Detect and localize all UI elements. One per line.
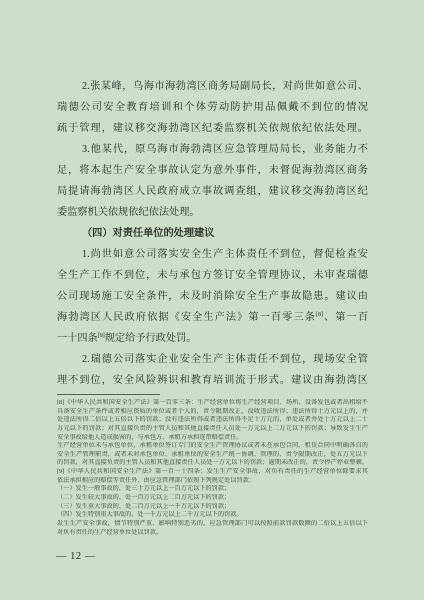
text-line: 安全事故给他人造成损害的，与承包方、承租方承担连带赔偿责任。 bbox=[57, 434, 368, 443]
footnote-ref: [8] bbox=[316, 312, 323, 318]
body-text-block: 2.张某峰，乌海市海勃湾区商务局副局长，对尚世如意公司、瑞德公司安全教育培训和个… bbox=[57, 76, 368, 391]
text-line: 瑞德公司安全教育培训和个体劳动防护用品佩戴不到位的情况 bbox=[57, 97, 368, 118]
text-line: （一）发生一般事故的，处三十万元以上一百万元以下的罚款； bbox=[57, 485, 368, 494]
text-line: 依法承担相应的赔偿等责任外，由应急管理部门依照下列规定处以罚款： bbox=[57, 477, 368, 486]
text-line: 1.尚世如意公司落实安全生产主体责任不到位，督促检查安 bbox=[57, 244, 368, 265]
text-line: 局提请海勃湾区人民政府成立事故调查组，建议移交海勃湾区纪 bbox=[57, 181, 368, 202]
section-heading-line: （四）对责任单位的处理建议 bbox=[57, 223, 368, 244]
text-line: 发生生产安全事故，情节特别严重、影响特别恶劣的，应急管理部门可以按照前款罚款数额… bbox=[57, 520, 368, 529]
text-line: 海勃湾区人民政府依据《安全生产法》第一百零三条[8]、第一百 bbox=[57, 307, 368, 328]
text-segment: 、第一百 bbox=[323, 312, 368, 323]
text-segment: 一十四条 bbox=[57, 333, 98, 344]
text-line: （三）发生重大事故的，处二百万元以上一千万元以下的罚款； bbox=[57, 503, 368, 512]
text-line: 的罚款，对其直接负责的主管人员和其他直接责任人员处一万元以下的罚款；逾期未改正的… bbox=[57, 459, 368, 468]
footnote-separator bbox=[57, 394, 160, 395]
text-line: 2.瑞德公司落实企业安全生产主体责任不到位，现场安全管 bbox=[57, 349, 368, 370]
page-number: — 12 — bbox=[56, 551, 96, 562]
text-line: （四）发生特别重大事故的，处一千万元以上二千万元以下的罚款。 bbox=[57, 511, 368, 520]
footnotes-block: [8]《中华人民共和国安全生产法》第一百零三条：生产经营单位将生产经营项目、场所… bbox=[57, 399, 368, 537]
document-page: 2.张某峰，乌海市海勃湾区商务局副局长，对尚世如意公司、瑞德公司安全教育培训和个… bbox=[0, 0, 424, 600]
text-line: 对负有责任的生产经营单位处以罚款。 bbox=[57, 529, 368, 538]
text-line: （二）发生较大事故的，处一百万元以上二百万元以下的罚款； bbox=[57, 494, 368, 503]
text-line: 安全生产管理职责，或者未对承包单位、承租单位的安全生产统一协调、管理的，责令限期… bbox=[57, 451, 368, 460]
text-line: 疏于管理，建议移交海勃湾区纪委监察机关依规依纪依法处理。 bbox=[57, 118, 368, 139]
text-line: 2.张某峰，乌海市海勃湾区商务局副局长，对尚世如意公司、 bbox=[57, 76, 368, 97]
text-line: 一十四条[9]规定给予行政处罚。 bbox=[57, 328, 368, 349]
text-line: 3.他某代，原乌海市海勃湾区应急管理局局长，业务能力不 bbox=[57, 139, 368, 160]
text-segment: 海勃湾区人民政府依据《安全生产法》第一百零三条 bbox=[57, 312, 316, 323]
text-line: 委监察机关依规依纪依法处理。 bbox=[57, 202, 368, 223]
text-line: 公司现场施工安全条件，未及时消除安全生产事故隐患。建议由 bbox=[57, 286, 368, 307]
text-line: 足，将本起生产安全事故认定为意外事件，未督促海勃湾区商务 bbox=[57, 160, 368, 181]
text-line: 处违法所得二倍以上五倍以下的罚款；没有违法所得或者违法所得不足十万元的，单处或者… bbox=[57, 416, 368, 425]
text-line: 具备安全生产条件或者相应资质的单位或者个人的，责令限期改正，没收违法所得；违法所… bbox=[57, 408, 368, 417]
text-line: [8]《中华人民共和国安全生产法》第一百零三条：生产经营单位将生产经营项目、场所… bbox=[57, 399, 368, 408]
text-line: 生产经营单位未与承包单位、承租单位签订专门的安全生产管理协议或者未在承包合同、租… bbox=[57, 442, 368, 451]
page-content: 2.张某峰，乌海市海勃湾区商务局副局长，对尚世如意公司、瑞德公司安全教育培训和个… bbox=[57, 76, 368, 537]
text-line: 全生产工作不到位，未与承包方签订安全管理协议，未审查瑞德 bbox=[57, 265, 368, 286]
text-segment: 规定给予行政处罚。 bbox=[105, 333, 197, 344]
text-line: 万元以下的罚款；对其直接负责的主管人员和其他直接责任人员处一万元以上二万元以下的… bbox=[57, 425, 368, 434]
footnote-ref: [9] bbox=[98, 333, 105, 339]
text-line: [9]《中华人民共和国安全生产法》第一百一十四条：发生生产安全事故，对负有责任的… bbox=[57, 468, 368, 477]
text-line: 理不到位，安全风险辨识和教育培训流于形式。建议由海勃湾区 bbox=[57, 370, 368, 391]
